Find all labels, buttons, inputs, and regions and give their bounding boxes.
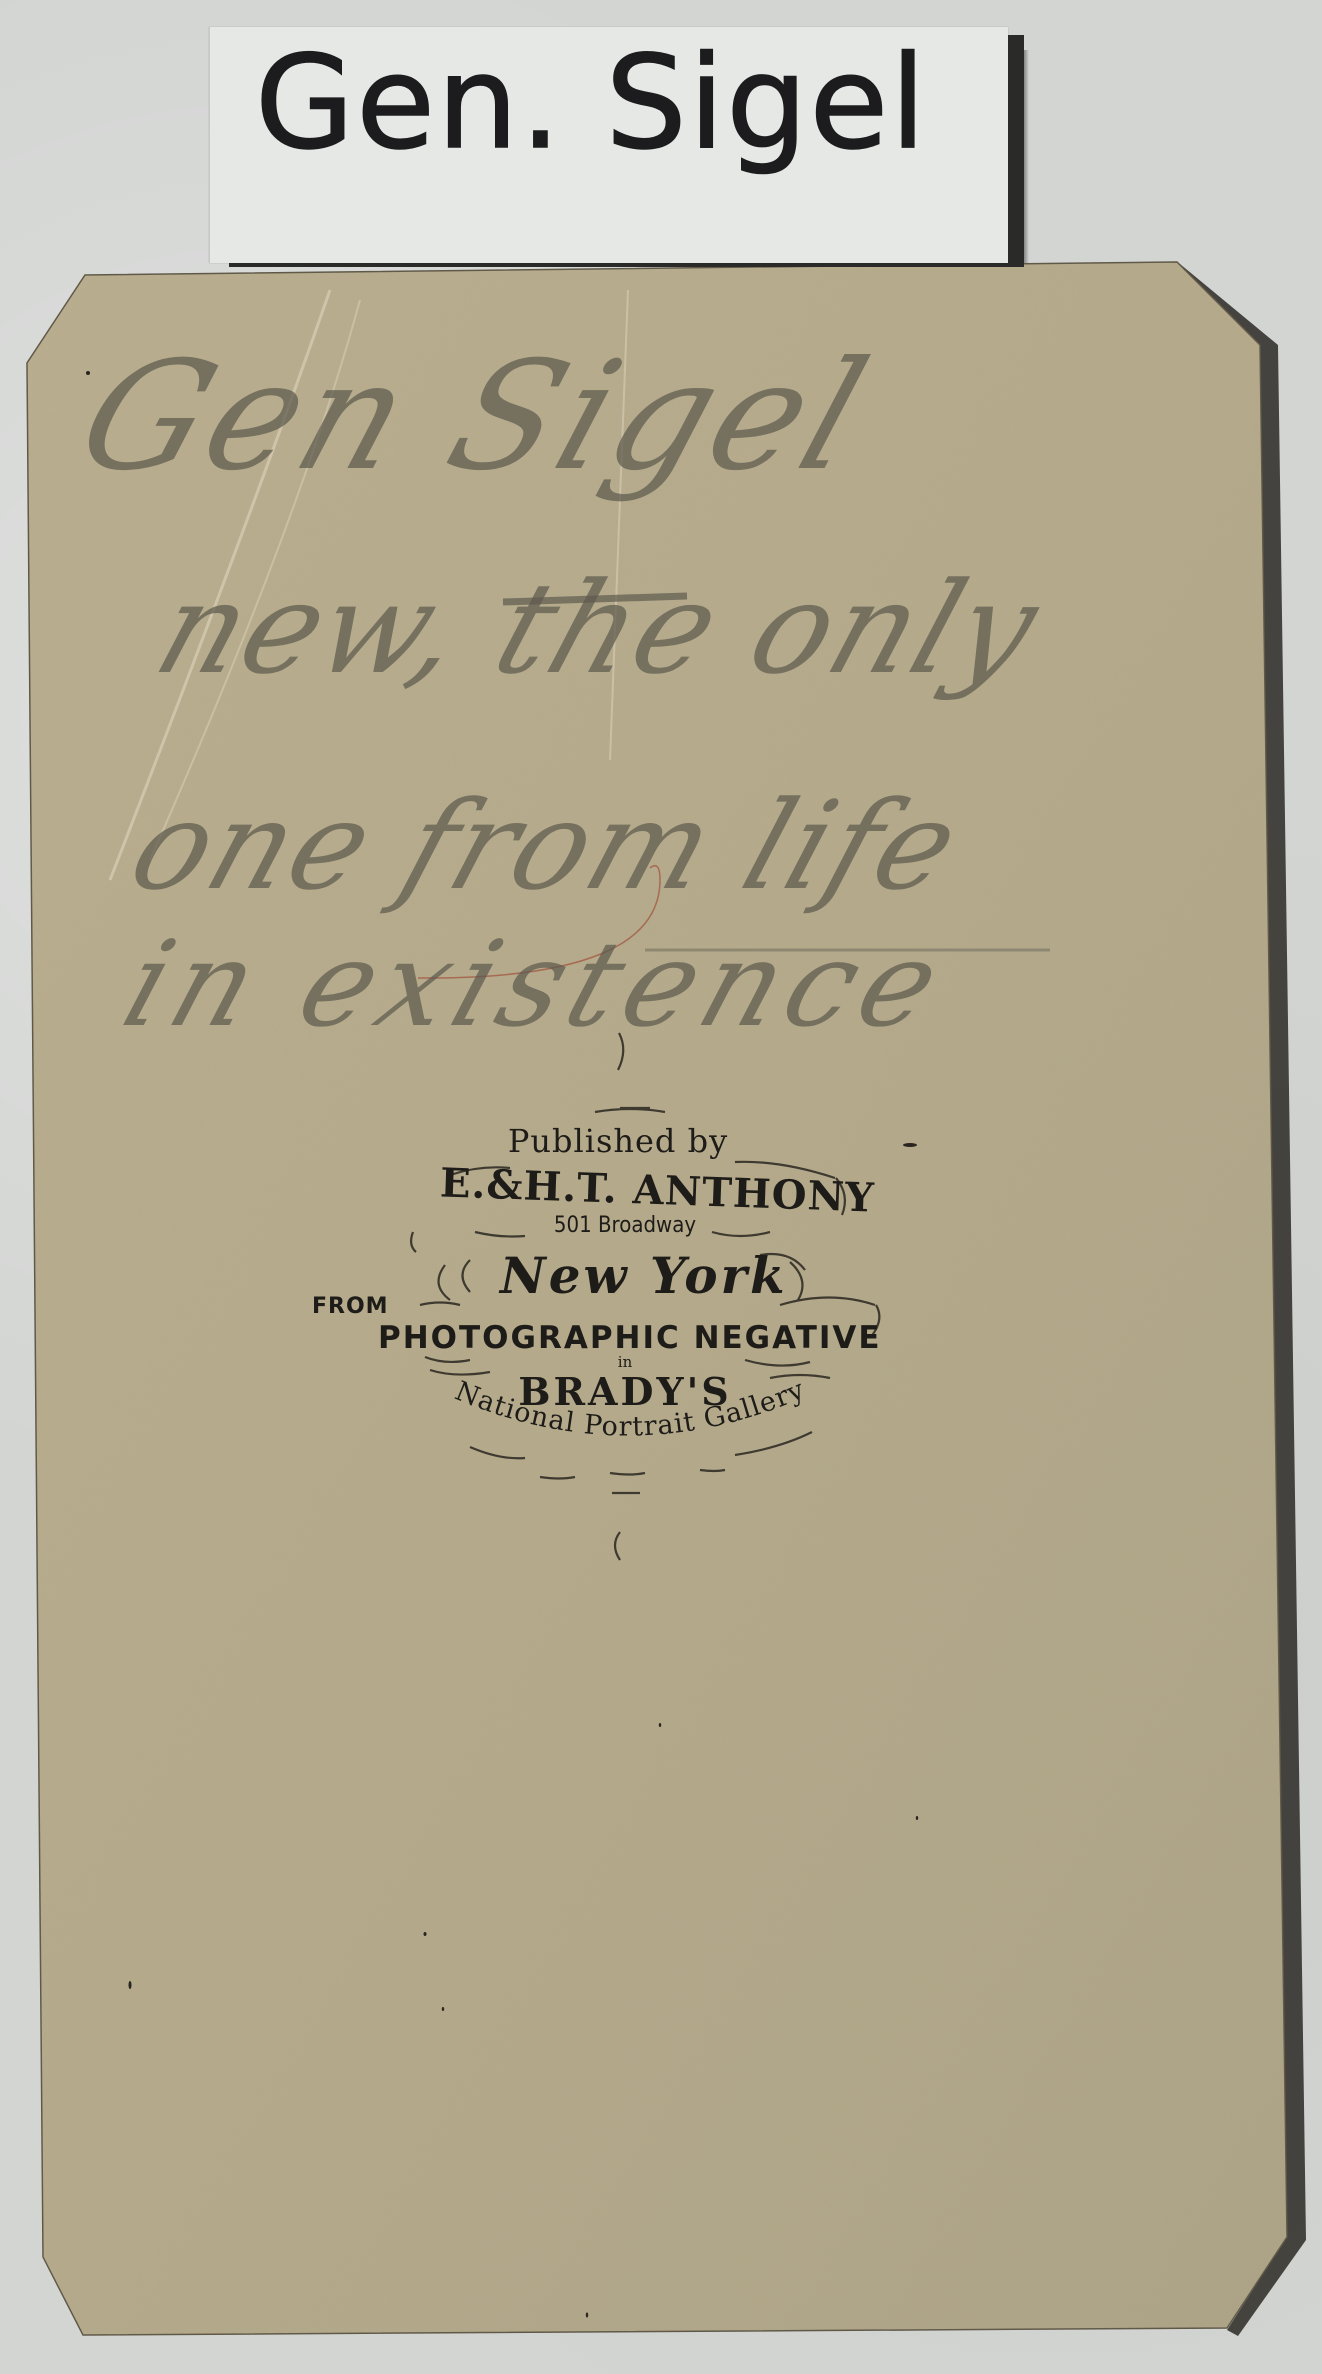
imprint-negative: PHOTOGRAPHIC NEGATIVE [378, 1320, 853, 1356]
label-title: Gen. Sigel [255, 40, 928, 168]
label-card-shadow [1007, 50, 1029, 263]
imprint-published-by: Published by [500, 1122, 736, 1160]
handwritten-line-1: Gen Sigel [60, 330, 889, 504]
handwritten-line-2: new, the only [140, 555, 1057, 702]
imprint-studio: BRADY'S [518, 1369, 732, 1414]
imprint-from: FROM [312, 1294, 389, 1319]
handwritten-line-3: one from life [115, 775, 977, 917]
imprint-city: New York [500, 1246, 745, 1305]
handwritten-line-4: in existence [108, 915, 964, 1053]
imprint-address: 501 Broadway [549, 1213, 702, 1238]
